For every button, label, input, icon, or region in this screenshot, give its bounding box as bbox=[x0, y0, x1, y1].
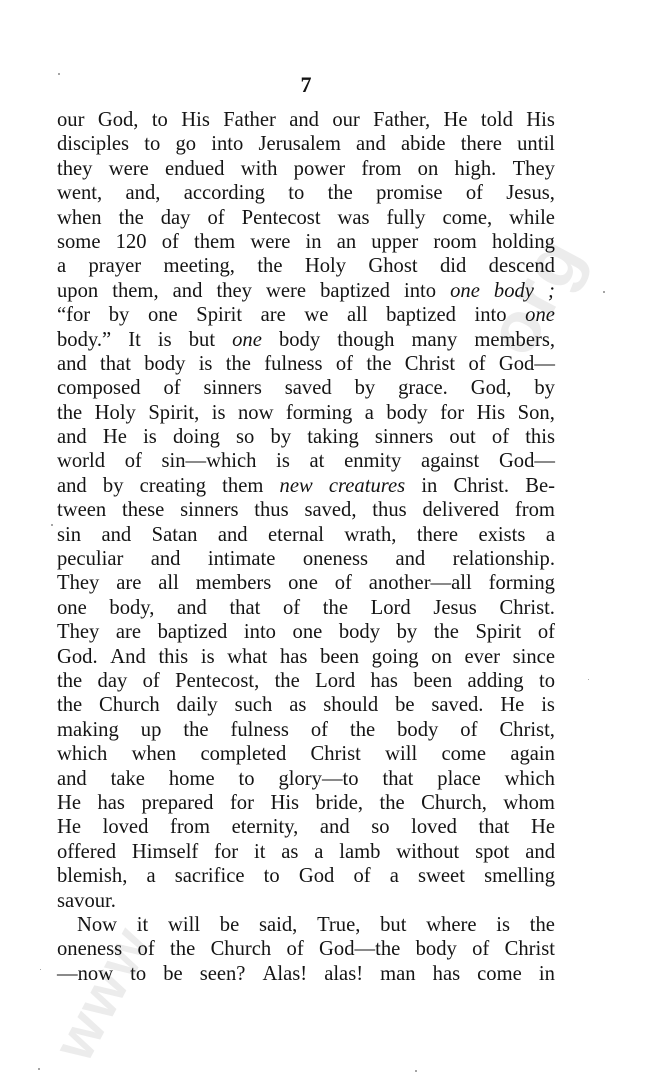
word: body bbox=[416, 937, 457, 961]
text-line: ourGod,toHisFatherandourFather,HetoldHis bbox=[57, 108, 555, 132]
word: an bbox=[337, 230, 356, 254]
word: He bbox=[500, 693, 524, 717]
word: Spirit, bbox=[148, 401, 199, 425]
word: body bbox=[386, 401, 427, 425]
word: of bbox=[335, 571, 352, 595]
word: as bbox=[281, 840, 298, 864]
word: peculiar bbox=[57, 547, 123, 571]
word: were bbox=[250, 230, 290, 254]
word: they bbox=[57, 157, 92, 181]
word: by bbox=[271, 425, 292, 449]
word: they bbox=[216, 279, 251, 303]
scan-speck bbox=[40, 969, 41, 970]
word: Jesus bbox=[433, 596, 476, 620]
word: new bbox=[280, 474, 313, 498]
word: from bbox=[170, 815, 210, 839]
word: and bbox=[173, 279, 203, 303]
word: from bbox=[515, 498, 555, 522]
word: upon bbox=[57, 279, 98, 303]
word: Father bbox=[223, 108, 276, 132]
word: Christ bbox=[311, 742, 361, 766]
word: it bbox=[137, 913, 148, 937]
word: one bbox=[148, 303, 178, 327]
word: of bbox=[492, 425, 509, 449]
word: which bbox=[505, 767, 555, 791]
word: True, bbox=[317, 913, 360, 937]
word: Lord bbox=[371, 596, 411, 620]
word: Holy bbox=[305, 254, 346, 278]
word: said, bbox=[259, 913, 297, 937]
word: one bbox=[293, 620, 323, 644]
scan-speck bbox=[51, 524, 53, 526]
word: forming bbox=[286, 401, 352, 425]
text-line: theChurchdailysuchasshouldbesaved.Heis bbox=[57, 693, 555, 717]
text-line: blemish,asacrificetoGodofasweetsmelling bbox=[57, 864, 555, 888]
word: Father, bbox=[373, 108, 430, 132]
word: to bbox=[239, 767, 255, 791]
text-line: body.”Itisbutonebodythoughmanymembers, bbox=[57, 328, 555, 352]
word: now bbox=[238, 401, 273, 425]
word: while bbox=[509, 206, 555, 230]
word: of bbox=[538, 620, 555, 644]
word: will bbox=[168, 913, 200, 937]
word: God. bbox=[57, 645, 98, 669]
word: 120 bbox=[116, 230, 147, 254]
word: and bbox=[57, 425, 87, 449]
word: and bbox=[218, 523, 248, 547]
word: Himself bbox=[132, 840, 198, 864]
word: baptized bbox=[320, 279, 390, 303]
word: savour. bbox=[57, 890, 116, 912]
word: day bbox=[98, 669, 128, 693]
word: Spirit bbox=[475, 620, 521, 644]
word: one bbox=[288, 571, 318, 595]
word: making bbox=[57, 718, 119, 742]
word: has bbox=[433, 962, 460, 986]
word: the bbox=[434, 620, 459, 644]
word: has bbox=[280, 645, 307, 669]
word: sinners bbox=[204, 376, 262, 400]
word: tween bbox=[57, 498, 106, 522]
word: which bbox=[57, 742, 107, 766]
word: of bbox=[162, 230, 179, 254]
text-line: Theyareallmembersoneofanother—allforming bbox=[57, 571, 555, 595]
scan-speck bbox=[58, 73, 60, 75]
word: Lord bbox=[315, 669, 355, 693]
word: oneness bbox=[57, 937, 122, 961]
word: fully bbox=[387, 206, 426, 230]
word: God bbox=[299, 864, 334, 888]
word: Now bbox=[77, 913, 117, 937]
book-page: www org 7 ourGod,toHisFatherandourFather… bbox=[0, 0, 650, 1083]
word: one bbox=[525, 303, 555, 327]
word: grace. bbox=[398, 376, 448, 400]
word: these bbox=[122, 498, 164, 522]
word: many bbox=[412, 328, 458, 352]
text-line: disciplestogointoJerusalemandabidethereu… bbox=[57, 132, 555, 156]
word: They bbox=[513, 157, 555, 181]
word: that bbox=[229, 596, 260, 620]
word: God, bbox=[471, 376, 512, 400]
word: —now bbox=[57, 962, 113, 986]
word: high. bbox=[455, 157, 497, 181]
word: some bbox=[57, 230, 100, 254]
word: sweet bbox=[418, 864, 465, 888]
word: to bbox=[130, 962, 146, 986]
word: are bbox=[261, 303, 286, 327]
word: to bbox=[152, 108, 168, 132]
word: body bbox=[494, 279, 534, 303]
word: to bbox=[288, 181, 304, 205]
word: He bbox=[531, 815, 555, 839]
word: taking bbox=[307, 425, 358, 449]
word: for bbox=[440, 401, 464, 425]
word: this bbox=[525, 425, 555, 449]
word: did bbox=[440, 254, 466, 278]
word: thus bbox=[372, 498, 406, 522]
word: completed bbox=[200, 742, 286, 766]
word: place bbox=[437, 767, 480, 791]
word: are bbox=[116, 620, 141, 644]
word: He bbox=[57, 791, 81, 815]
word: wrath, bbox=[344, 523, 396, 547]
word: His bbox=[477, 401, 506, 425]
word: take bbox=[111, 767, 145, 791]
text-line: God.Andthisiswhathasbeengoingoneversince bbox=[57, 645, 555, 669]
word: though bbox=[337, 328, 394, 352]
word: to bbox=[144, 132, 160, 156]
word: is bbox=[199, 352, 213, 376]
word: with bbox=[241, 157, 278, 181]
word: ever bbox=[465, 645, 500, 669]
word: were bbox=[266, 279, 306, 303]
word: of bbox=[353, 864, 370, 888]
word: our bbox=[57, 108, 84, 132]
word: for bbox=[214, 840, 238, 864]
word: to bbox=[539, 669, 555, 693]
word: Son, bbox=[518, 401, 555, 425]
word: His bbox=[270, 791, 299, 815]
text-line: offeredHimselfforitasalambwithoutspotand bbox=[57, 840, 555, 864]
word: body, bbox=[109, 596, 154, 620]
word: He bbox=[103, 425, 127, 449]
word: the bbox=[57, 693, 82, 717]
word: when bbox=[132, 742, 177, 766]
word: such bbox=[235, 693, 273, 717]
word: into bbox=[404, 279, 436, 303]
word: again bbox=[510, 742, 555, 766]
text-line: HehaspreparedforHisbride,theChurch,whom bbox=[57, 791, 555, 815]
word: loved bbox=[103, 815, 149, 839]
word: fulness bbox=[264, 352, 322, 376]
word: be bbox=[163, 962, 182, 986]
word: sinners bbox=[375, 425, 433, 449]
text-line: TheyarebaptizedintoonebodybytheSpiritof bbox=[57, 620, 555, 644]
word: be bbox=[395, 693, 414, 717]
word: forming bbox=[489, 571, 555, 595]
text-line: uponthem,andtheywerebaptizedintoonebody; bbox=[57, 279, 555, 303]
word: and bbox=[101, 523, 131, 547]
word: His bbox=[526, 108, 555, 132]
word: what bbox=[227, 645, 267, 669]
word: prepared bbox=[141, 791, 213, 815]
word: the bbox=[170, 937, 195, 961]
text-line: thedayofPentecost,theLordhasbeenaddingto bbox=[57, 669, 555, 693]
word: went, bbox=[57, 181, 102, 205]
text-line: theywereenduedwithpowerfromonhigh.They bbox=[57, 157, 555, 181]
word: eternal bbox=[268, 523, 324, 547]
word: them bbox=[194, 230, 235, 254]
word: has bbox=[98, 791, 125, 815]
word: world bbox=[57, 449, 105, 473]
word: lamb bbox=[339, 840, 380, 864]
word: a bbox=[390, 864, 399, 888]
word: Christ. bbox=[454, 474, 510, 498]
word: come bbox=[441, 742, 486, 766]
text-line: andHeisdoingsobytakingsinnersoutofthis bbox=[57, 425, 555, 449]
word: is bbox=[496, 913, 510, 937]
word: enmity bbox=[344, 449, 401, 473]
word: room bbox=[433, 230, 476, 254]
word: when bbox=[57, 206, 102, 230]
word: and bbox=[395, 547, 425, 571]
word: the bbox=[323, 596, 348, 620]
word: “for bbox=[57, 303, 90, 327]
word: a bbox=[546, 523, 555, 547]
word: It bbox=[128, 328, 141, 352]
word: all bbox=[158, 571, 179, 595]
word: according bbox=[184, 181, 265, 205]
word: eternity, bbox=[232, 815, 299, 839]
word: but bbox=[380, 913, 406, 937]
word: that bbox=[100, 352, 131, 376]
word: been bbox=[413, 669, 452, 693]
scan-speck bbox=[38, 1068, 40, 1070]
word: it bbox=[254, 840, 265, 864]
word: members, bbox=[474, 328, 555, 352]
word: Church bbox=[211, 937, 272, 961]
word: in bbox=[421, 474, 437, 498]
word: ; bbox=[548, 279, 555, 303]
text-line: Nowitwillbesaid,True,butwhereisthe bbox=[57, 913, 555, 937]
text-line: “forbyoneSpiritareweallbaptizedintoone bbox=[57, 303, 555, 327]
word: fulness bbox=[231, 718, 289, 742]
word: a bbox=[57, 254, 66, 278]
word: will bbox=[385, 742, 417, 766]
scan-speck bbox=[415, 1070, 417, 1072]
word: and, bbox=[126, 181, 161, 205]
word: God— bbox=[499, 449, 555, 473]
word: go bbox=[175, 132, 196, 156]
word: God—the bbox=[319, 937, 400, 961]
word: by bbox=[355, 376, 376, 400]
text-line: worldofsin—whichisatenmityagainstGod— bbox=[57, 449, 555, 473]
word: of bbox=[207, 206, 224, 230]
word: creatures bbox=[329, 474, 405, 498]
word: another—all bbox=[369, 571, 472, 595]
word: a bbox=[365, 401, 374, 425]
word: body bbox=[279, 328, 320, 352]
word: Christ bbox=[505, 937, 555, 961]
text-line: aprayermeeting,theHolyGhostdiddescend bbox=[57, 254, 555, 278]
word: endued bbox=[165, 157, 224, 181]
text-line: Helovedfrometernity,andsolovedthatHe bbox=[57, 815, 555, 839]
word: one bbox=[57, 596, 87, 620]
word: loved bbox=[411, 815, 457, 839]
word: and bbox=[320, 815, 350, 839]
word: that bbox=[382, 767, 413, 791]
word: baptized bbox=[386, 303, 456, 327]
word: His bbox=[181, 108, 210, 132]
word: as bbox=[289, 693, 306, 717]
word: and bbox=[57, 767, 87, 791]
word: in bbox=[306, 230, 322, 254]
word: the bbox=[366, 352, 391, 376]
word: the bbox=[226, 352, 251, 376]
text-line: onebody,andthatoftheLordJesusChrist. bbox=[57, 596, 555, 620]
word: creating bbox=[140, 474, 206, 498]
word: and bbox=[57, 474, 87, 498]
word: seen? bbox=[200, 962, 246, 986]
word: there bbox=[461, 132, 502, 156]
word: promise bbox=[376, 181, 442, 205]
word: the bbox=[328, 181, 353, 205]
text-line: onenessoftheChurchofGod—thebodyofChrist bbox=[57, 937, 555, 961]
word: He bbox=[57, 815, 81, 839]
word: be bbox=[220, 913, 239, 937]
word: them, bbox=[112, 279, 158, 303]
word: so bbox=[371, 815, 389, 839]
word: we bbox=[304, 303, 328, 327]
word: this bbox=[158, 645, 188, 669]
word: going bbox=[372, 645, 419, 669]
word: delivered bbox=[422, 498, 499, 522]
word: of bbox=[336, 352, 353, 376]
word: Christ, bbox=[499, 718, 555, 742]
word: Spirit bbox=[196, 303, 242, 327]
word: power bbox=[294, 157, 345, 181]
word: at bbox=[310, 449, 325, 473]
word: of bbox=[468, 352, 485, 376]
word: sin—which bbox=[162, 449, 257, 473]
word: of bbox=[125, 449, 142, 473]
text-line: whichwhencompletedChristwillcomeagain bbox=[57, 742, 555, 766]
text-line: makingupthefulnessofthebodyofChrist, bbox=[57, 718, 555, 742]
word: from bbox=[361, 157, 401, 181]
word: meeting, bbox=[163, 254, 235, 278]
word: saved. bbox=[431, 693, 483, 717]
word: descend bbox=[489, 254, 555, 278]
word: is bbox=[276, 449, 290, 473]
word: on bbox=[418, 157, 439, 181]
word: so bbox=[236, 425, 254, 449]
word: body bbox=[339, 620, 380, 644]
word: day bbox=[161, 206, 191, 230]
word: Ghost bbox=[368, 254, 417, 278]
word: sin bbox=[57, 523, 81, 547]
word: of bbox=[143, 669, 160, 693]
word: without bbox=[396, 840, 459, 864]
word: on bbox=[431, 645, 452, 669]
word: the bbox=[530, 913, 555, 937]
word: until bbox=[517, 132, 555, 156]
word: a bbox=[147, 864, 156, 888]
word: members bbox=[196, 571, 272, 595]
word: has bbox=[371, 669, 398, 693]
word: of bbox=[287, 937, 304, 961]
word: Pentecost, bbox=[175, 669, 259, 693]
word: the bbox=[350, 718, 375, 742]
word: Holy bbox=[95, 401, 136, 425]
word: Be- bbox=[525, 474, 555, 498]
word: And bbox=[110, 645, 145, 669]
word: into bbox=[475, 303, 507, 327]
word: the bbox=[119, 206, 144, 230]
word: alas! bbox=[324, 962, 363, 986]
word: glory—to bbox=[278, 767, 358, 791]
word: spot bbox=[475, 840, 509, 864]
word: whom bbox=[503, 791, 554, 815]
word: where bbox=[426, 913, 476, 937]
word: Pentecost bbox=[242, 206, 321, 230]
word: abide bbox=[401, 132, 446, 156]
word: the bbox=[257, 254, 282, 278]
word: and bbox=[177, 596, 207, 620]
word: baptized bbox=[158, 620, 228, 644]
word: Church, bbox=[421, 791, 487, 815]
word: doing bbox=[173, 425, 220, 449]
word: up bbox=[141, 718, 162, 742]
text-line: theHolySpirit,isnowformingabodyforHisSon… bbox=[57, 401, 555, 425]
word: saved bbox=[285, 376, 332, 400]
word: God, bbox=[98, 108, 139, 132]
word: and bbox=[289, 108, 319, 132]
word: relationship. bbox=[453, 547, 555, 571]
word: of bbox=[472, 937, 489, 961]
word: holding bbox=[492, 230, 555, 254]
word: disciples bbox=[57, 132, 129, 156]
word: home bbox=[169, 767, 215, 791]
word: told bbox=[481, 108, 513, 132]
word: of bbox=[163, 376, 180, 400]
word: sacrifice bbox=[175, 864, 245, 888]
word: the bbox=[275, 669, 300, 693]
word: Christ. bbox=[499, 596, 555, 620]
word: is bbox=[143, 425, 157, 449]
word: by bbox=[109, 303, 130, 327]
word: the bbox=[57, 401, 82, 425]
word: them bbox=[222, 474, 263, 498]
word: come bbox=[477, 962, 522, 986]
word: of bbox=[460, 718, 477, 742]
word: by bbox=[103, 474, 124, 498]
word: prayer bbox=[89, 254, 142, 278]
word: man bbox=[380, 962, 415, 986]
word: were bbox=[109, 157, 149, 181]
text-line: andtakehometoglory—tothatplacewhich bbox=[57, 767, 555, 791]
word: into bbox=[211, 132, 243, 156]
word: been bbox=[320, 645, 359, 669]
word: into bbox=[244, 620, 276, 644]
word: God— bbox=[499, 352, 555, 376]
word: the bbox=[380, 791, 405, 815]
word: are bbox=[116, 571, 141, 595]
word: sinners bbox=[180, 498, 238, 522]
body-text: ourGod,toHisFatherandourFather,HetoldHis… bbox=[57, 108, 555, 986]
word: body bbox=[397, 718, 438, 742]
word: thus bbox=[254, 498, 288, 522]
word: He bbox=[443, 108, 467, 132]
